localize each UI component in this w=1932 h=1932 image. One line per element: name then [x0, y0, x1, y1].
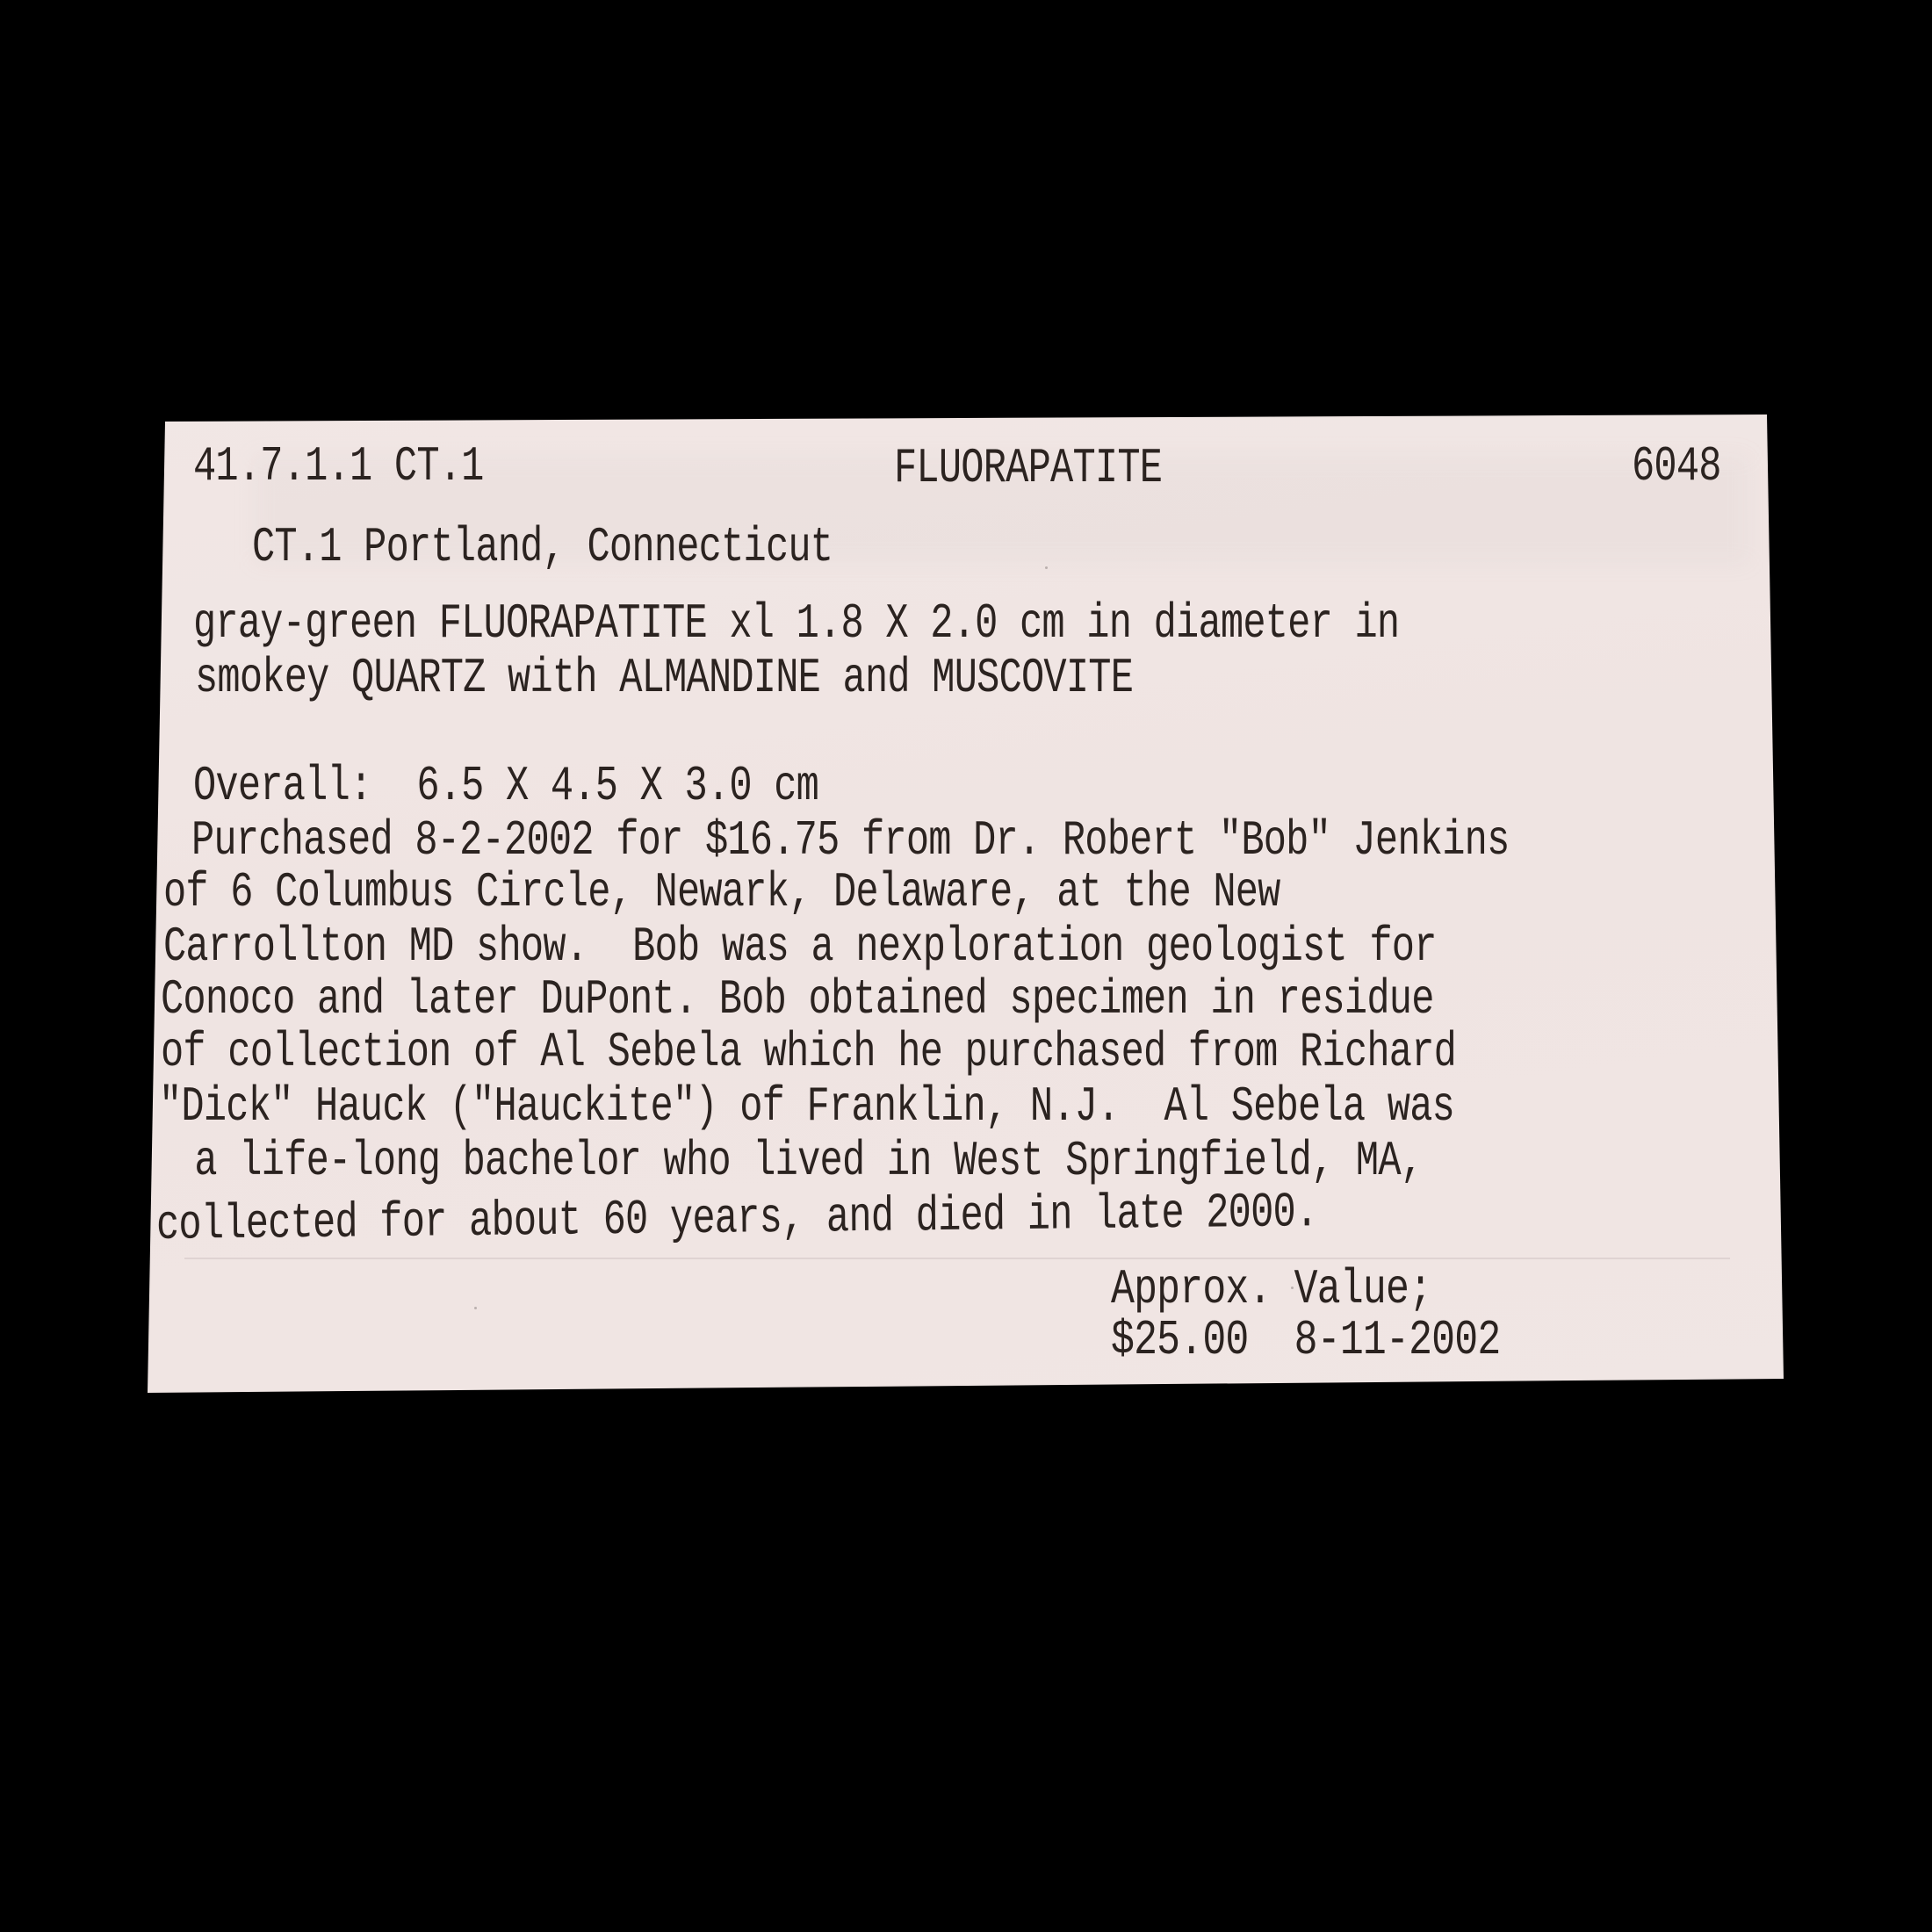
description-line-1: gray-green FLUORAPATITE xl 1.8 X 2.0 cm …: [193, 599, 1399, 648]
locality-line: CT.1 Portland, Connecticut: [252, 523, 833, 572]
overall-size: Overall: 6.5 X 4.5 X 3.0 cm: [193, 761, 818, 811]
provenance-line-1: Purchased 8-2-2002 for $16.75 from Dr. R…: [191, 816, 1510, 865]
provenance-line-2: of 6 Columbus Circle, Newark, Delaware, …: [163, 868, 1280, 917]
provenance-line-8: collected for about 60 years, and died i…: [156, 1187, 1318, 1250]
provenance-line-3: Carrollton MD show. Bob was a nexplorati…: [163, 922, 1437, 971]
catalog-code: 41.7.1.1 CT.1: [193, 442, 484, 491]
faint-printed-rule: [184, 1258, 1730, 1259]
description-line-2: smokey QUARTZ with ALMANDINE and MUSCOVI…: [195, 653, 1133, 703]
provenance-line-5: of collection of Al Sebela which he purc…: [161, 1027, 1456, 1077]
paper-speck: [1045, 566, 1048, 569]
mineral-name-title: FLUORAPATITE: [894, 443, 1162, 493]
provenance-line-6: "Dick" Hauck ("Hauckite") of Franklin, N…: [159, 1082, 1454, 1131]
valuation-label: Approx. Value;: [1111, 1265, 1431, 1314]
provenance-line-7: a life-long bachelor who lived in West S…: [172, 1136, 1423, 1186]
provenance-line-4: Conoco and later DuPont. Bob obtained sp…: [161, 975, 1434, 1024]
paper-speck: [474, 1307, 477, 1309]
valuation-value-date: $25.00 8-11-2002: [1111, 1316, 1500, 1365]
specimen-number: 6048: [1632, 442, 1721, 491]
